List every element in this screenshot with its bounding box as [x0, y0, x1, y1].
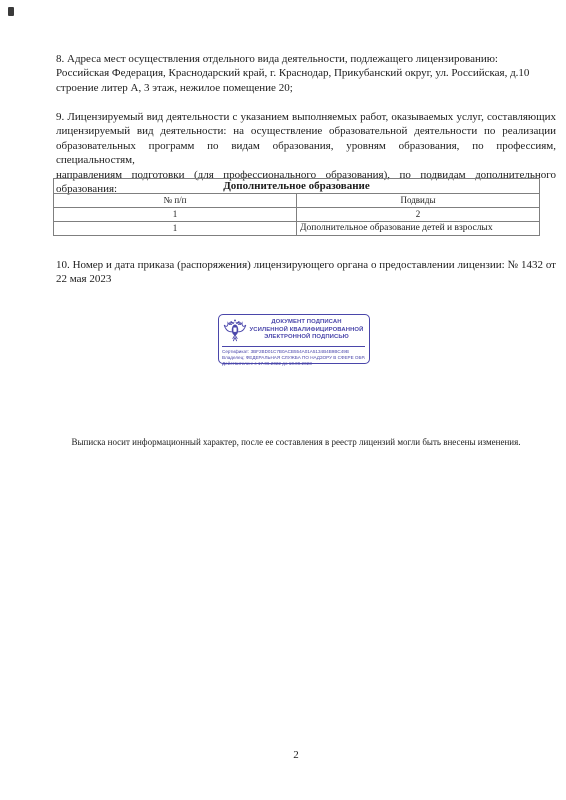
- table-title-row: Дополнительное образование: [54, 179, 540, 194]
- column-index-1: 1: [54, 208, 297, 222]
- column-header-subtypes: Подвиды: [297, 194, 540, 208]
- scan-artifact-mark: [8, 7, 14, 16]
- additional-education-table: Дополнительное образование № п/п Подвиды…: [53, 178, 540, 236]
- digital-signature-stamp: ДОКУМЕНТ ПОДПИСАНУСИЛЕННОЙ КВАЛИФИЦИРОВА…: [218, 314, 370, 364]
- stamp-title: ДОКУМЕНТ ПОДПИСАНУСИЛЕННОЙ КВАЛИФИЦИРОВА…: [248, 319, 365, 342]
- column-index-2: 2: [297, 208, 540, 222]
- column-header-num: № п/п: [54, 194, 297, 208]
- footer-disclaimer: Выписка носит информационный характер, п…: [13, 437, 566, 448]
- row-number-cell: 1: [54, 222, 297, 236]
- stamp-certificate-line: Сертификат: 3BF2BD01C7B0ACB554A01A5134B4…: [222, 349, 365, 355]
- table-title: Дополнительное образование: [54, 179, 540, 194]
- stamp-header: ДОКУМЕНТ ПОДПИСАНУСИЛЕННОЙ КВАЛИФИЦИРОВА…: [222, 317, 365, 344]
- paragraph-item-10: 10. Номер и дата приказа (распоряжения) …: [56, 258, 556, 287]
- page-number: 2: [13, 749, 566, 761]
- table-index-row: 1 2: [54, 208, 540, 222]
- stamp-validity-line: Действителен: с 17.06.2022 до 10.09.2023: [222, 361, 365, 367]
- document-page: 8. Адреса мест осуществления отдельного …: [0, 0, 566, 800]
- table-row: 1 Дополнительное образование детей и взр…: [54, 222, 540, 236]
- stamp-divider: [222, 346, 365, 347]
- stamp-certificate-details: Сертификат: 3BF2BD01C7B0ACB554A01A5134B4…: [222, 349, 365, 367]
- coat-of-arms-icon: [222, 318, 248, 344]
- stamp-owner-line: Владелец: ФЕДЕРАЛЬНАЯ СЛУЖБА ПО НАДЗОРУ …: [222, 355, 365, 361]
- row-subtype-cell: Дополнительное образование детей и взрос…: [297, 222, 540, 236]
- paragraph-item-8: 8. Адреса мест осуществления отдельного …: [56, 52, 556, 95]
- table-header-row: № п/п Подвиды: [54, 194, 540, 208]
